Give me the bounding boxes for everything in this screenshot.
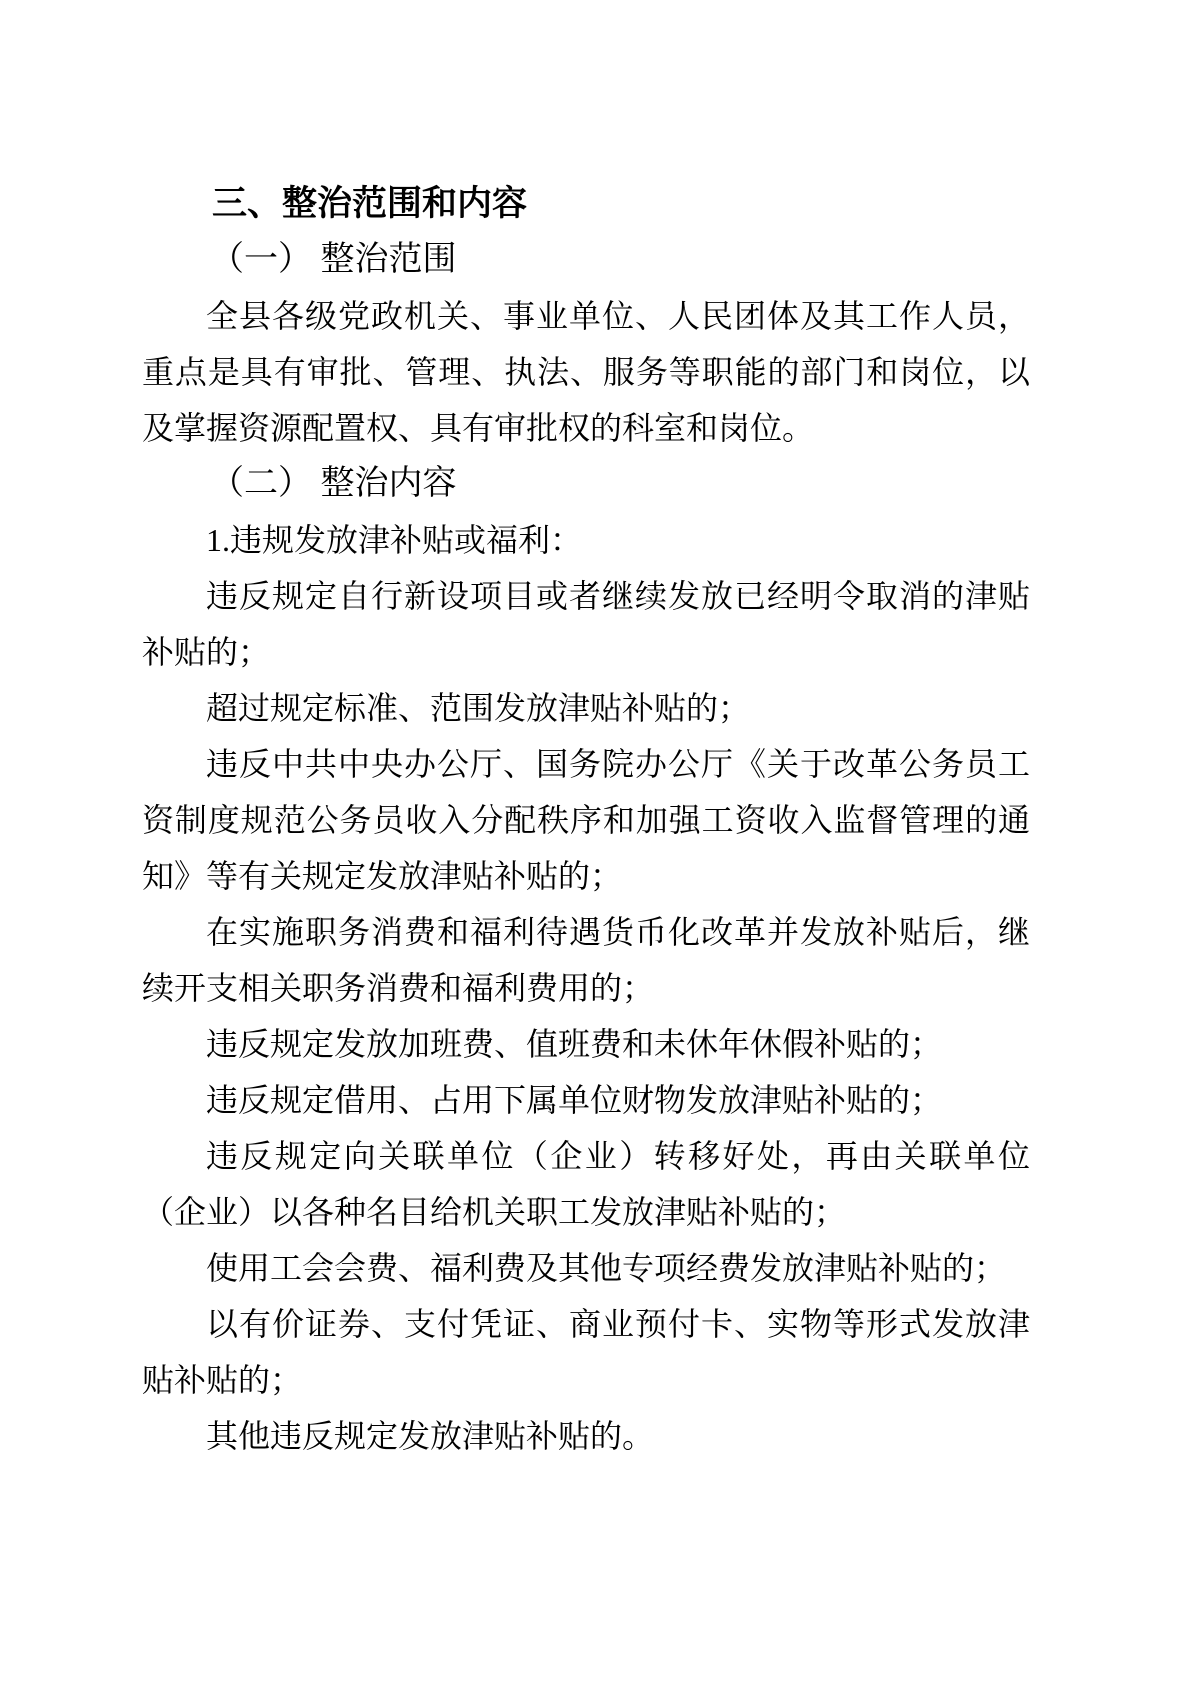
paragraph: 以有价证券、支付凭证、商业预付卡、实物等形式发放津贴补贴的； [142, 1296, 1030, 1408]
sub-heading-content: （二） 整治内容 [142, 456, 1030, 512]
section-heading: 三、整治范围和内容 [142, 176, 1030, 232]
sub-heading-scope: （一） 整治范围 [142, 232, 1030, 288]
paragraph: 在实施职务消费和福利待遇货币化改革并发放补贴后，继续开支相关职务消费和福利费用的… [142, 904, 1030, 1016]
paragraph: 违反规定自行新设项目或者继续发放已经明令取消的津贴补贴的； [142, 568, 1030, 680]
paragraph: 超过规定标准、范围发放津贴补贴的； [142, 680, 1030, 736]
paragraph: 违反规定借用、占用下属单位财物发放津贴补贴的； [142, 1072, 1030, 1128]
paragraph: 其他违反规定发放津贴补贴的。 [142, 1408, 1030, 1464]
paragraph: 全县各级党政机关、事业单位、人民团体及其工作人员，重点是具有审批、管理、执法、服… [142, 288, 1030, 456]
numbered-item-heading: 1.违规发放津补贴或福利： [142, 512, 1030, 568]
paragraph: 使用工会会费、福利费及其他专项经费发放津贴补贴的； [142, 1240, 1030, 1296]
paragraph: 违反规定发放加班费、值班费和未休年休假补贴的； [142, 1016, 1030, 1072]
paragraph: 违反规定向关联单位（企业）转移好处，再由关联单位（企业）以各种名目给机关职工发放… [142, 1128, 1030, 1240]
paragraph: 违反中共中央办公厅、国务院办公厅《关于改革公务员工资制度规范公务员收入分配秩序和… [142, 736, 1030, 904]
document-page: 三、整治范围和内容 （一） 整治范围 全县各级党政机关、事业单位、人民团体及其工… [0, 0, 1190, 1683]
